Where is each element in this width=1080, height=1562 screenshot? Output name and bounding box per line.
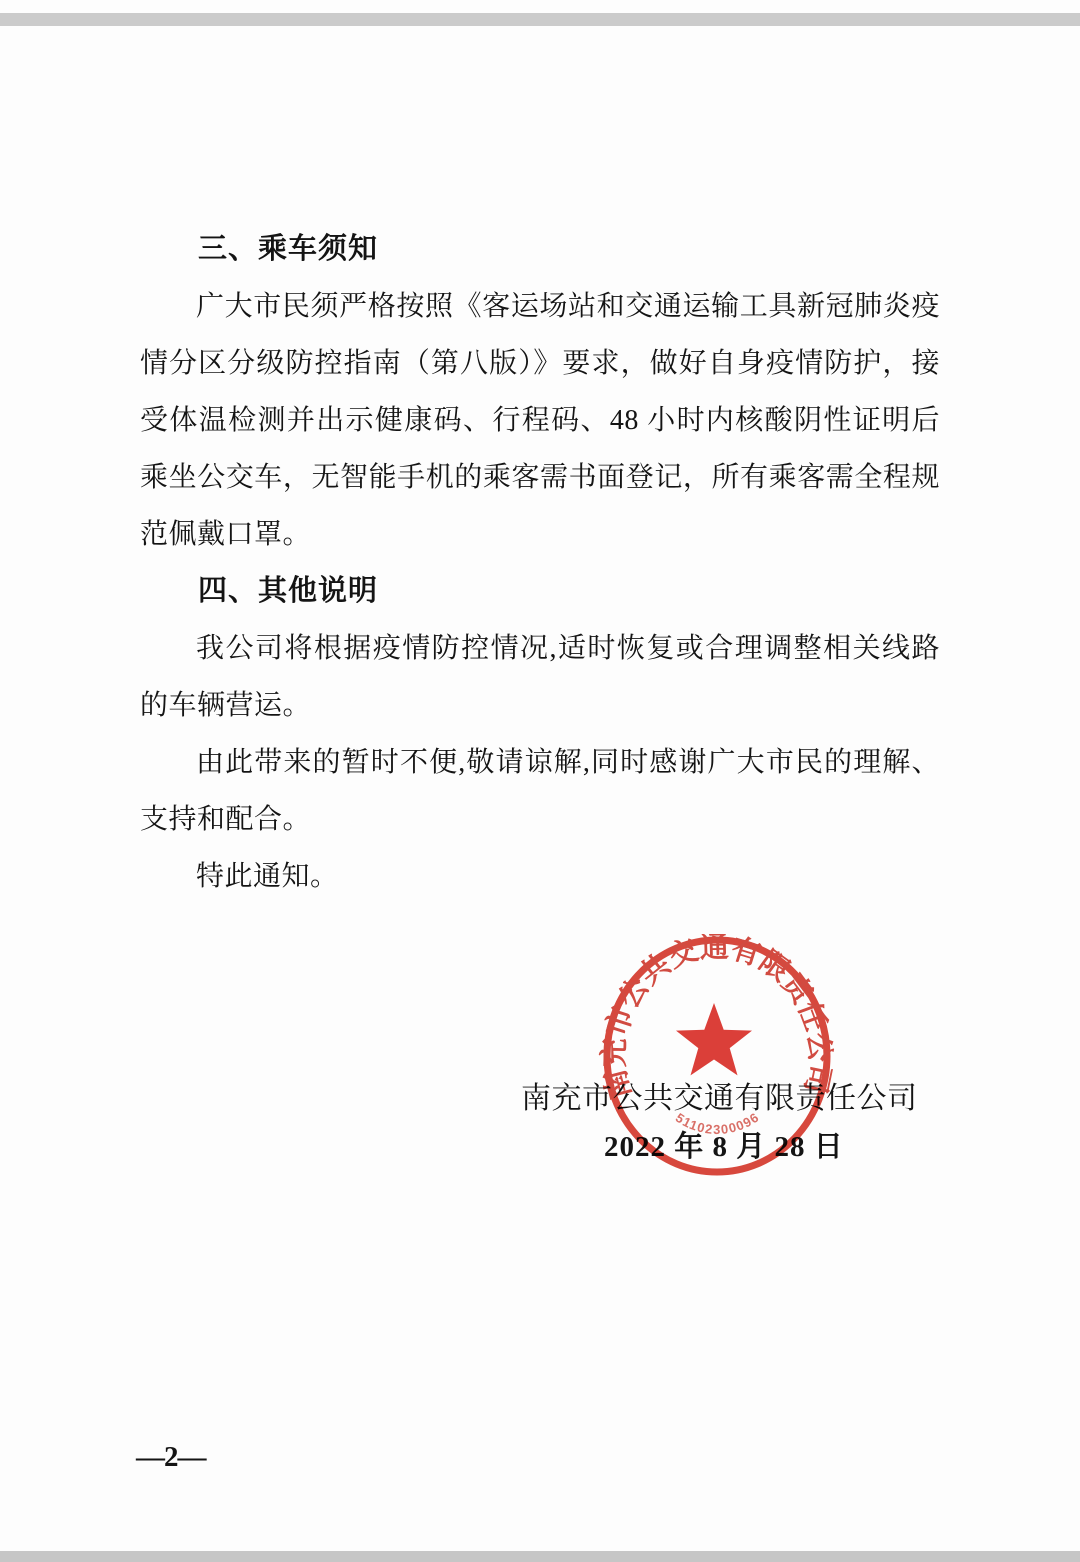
paragraph-line: 受体温检测并出示健康码、行程码、48 小时内核酸阴性证明后 <box>140 392 940 449</box>
paragraph-line: 支持和配合。 <box>140 791 940 848</box>
document-page: 三、乘车须知 广大市民须严格按照《客运场站和交通运输工具新冠肺炎疫 情分区分级防… <box>0 0 1080 1562</box>
paragraph-line: 的车辆营运。 <box>140 677 940 734</box>
section-3-heading: 三、乘车须知 <box>140 221 940 278</box>
official-seal: 南充市公共交通有限责任公司 511023000962 <box>598 934 836 1178</box>
paragraph-line: 我公司将根据疫情防控情况,适时恢复或合理调整相关线路 <box>140 620 940 677</box>
scan-edge-bottom <box>0 1551 1080 1562</box>
paragraph-line: 乘坐公交车，无智能手机的乘客需书面登记，所有乘客需全程规 <box>140 449 940 506</box>
notice-body: 三、乘车须知 广大市民须严格按照《客运场站和交通运输工具新冠肺炎疫 情分区分级防… <box>140 221 940 905</box>
seal-star-icon <box>676 1003 752 1075</box>
official-seal-graphic: 南充市公共交通有限责任公司 511023000962 <box>598 934 836 1178</box>
closing-line: 特此通知。 <box>140 848 940 905</box>
scan-edge-top <box>0 13 1080 26</box>
section-4-heading: 四、其他说明 <box>140 563 940 620</box>
paragraph-line: 由此带来的暂时不便,敬请谅解,同时感谢广大市民的理解、 <box>140 734 940 791</box>
paragraph-line: 范佩戴口罩。 <box>140 506 940 563</box>
page-number: —2— <box>136 1441 206 1474</box>
paragraph-line: 广大市民须严格按照《客运场站和交通运输工具新冠肺炎疫 <box>140 278 940 335</box>
paragraph-line: 情分区分级防控指南（第八版）》要求，做好自身疫情防护，接 <box>140 335 940 392</box>
